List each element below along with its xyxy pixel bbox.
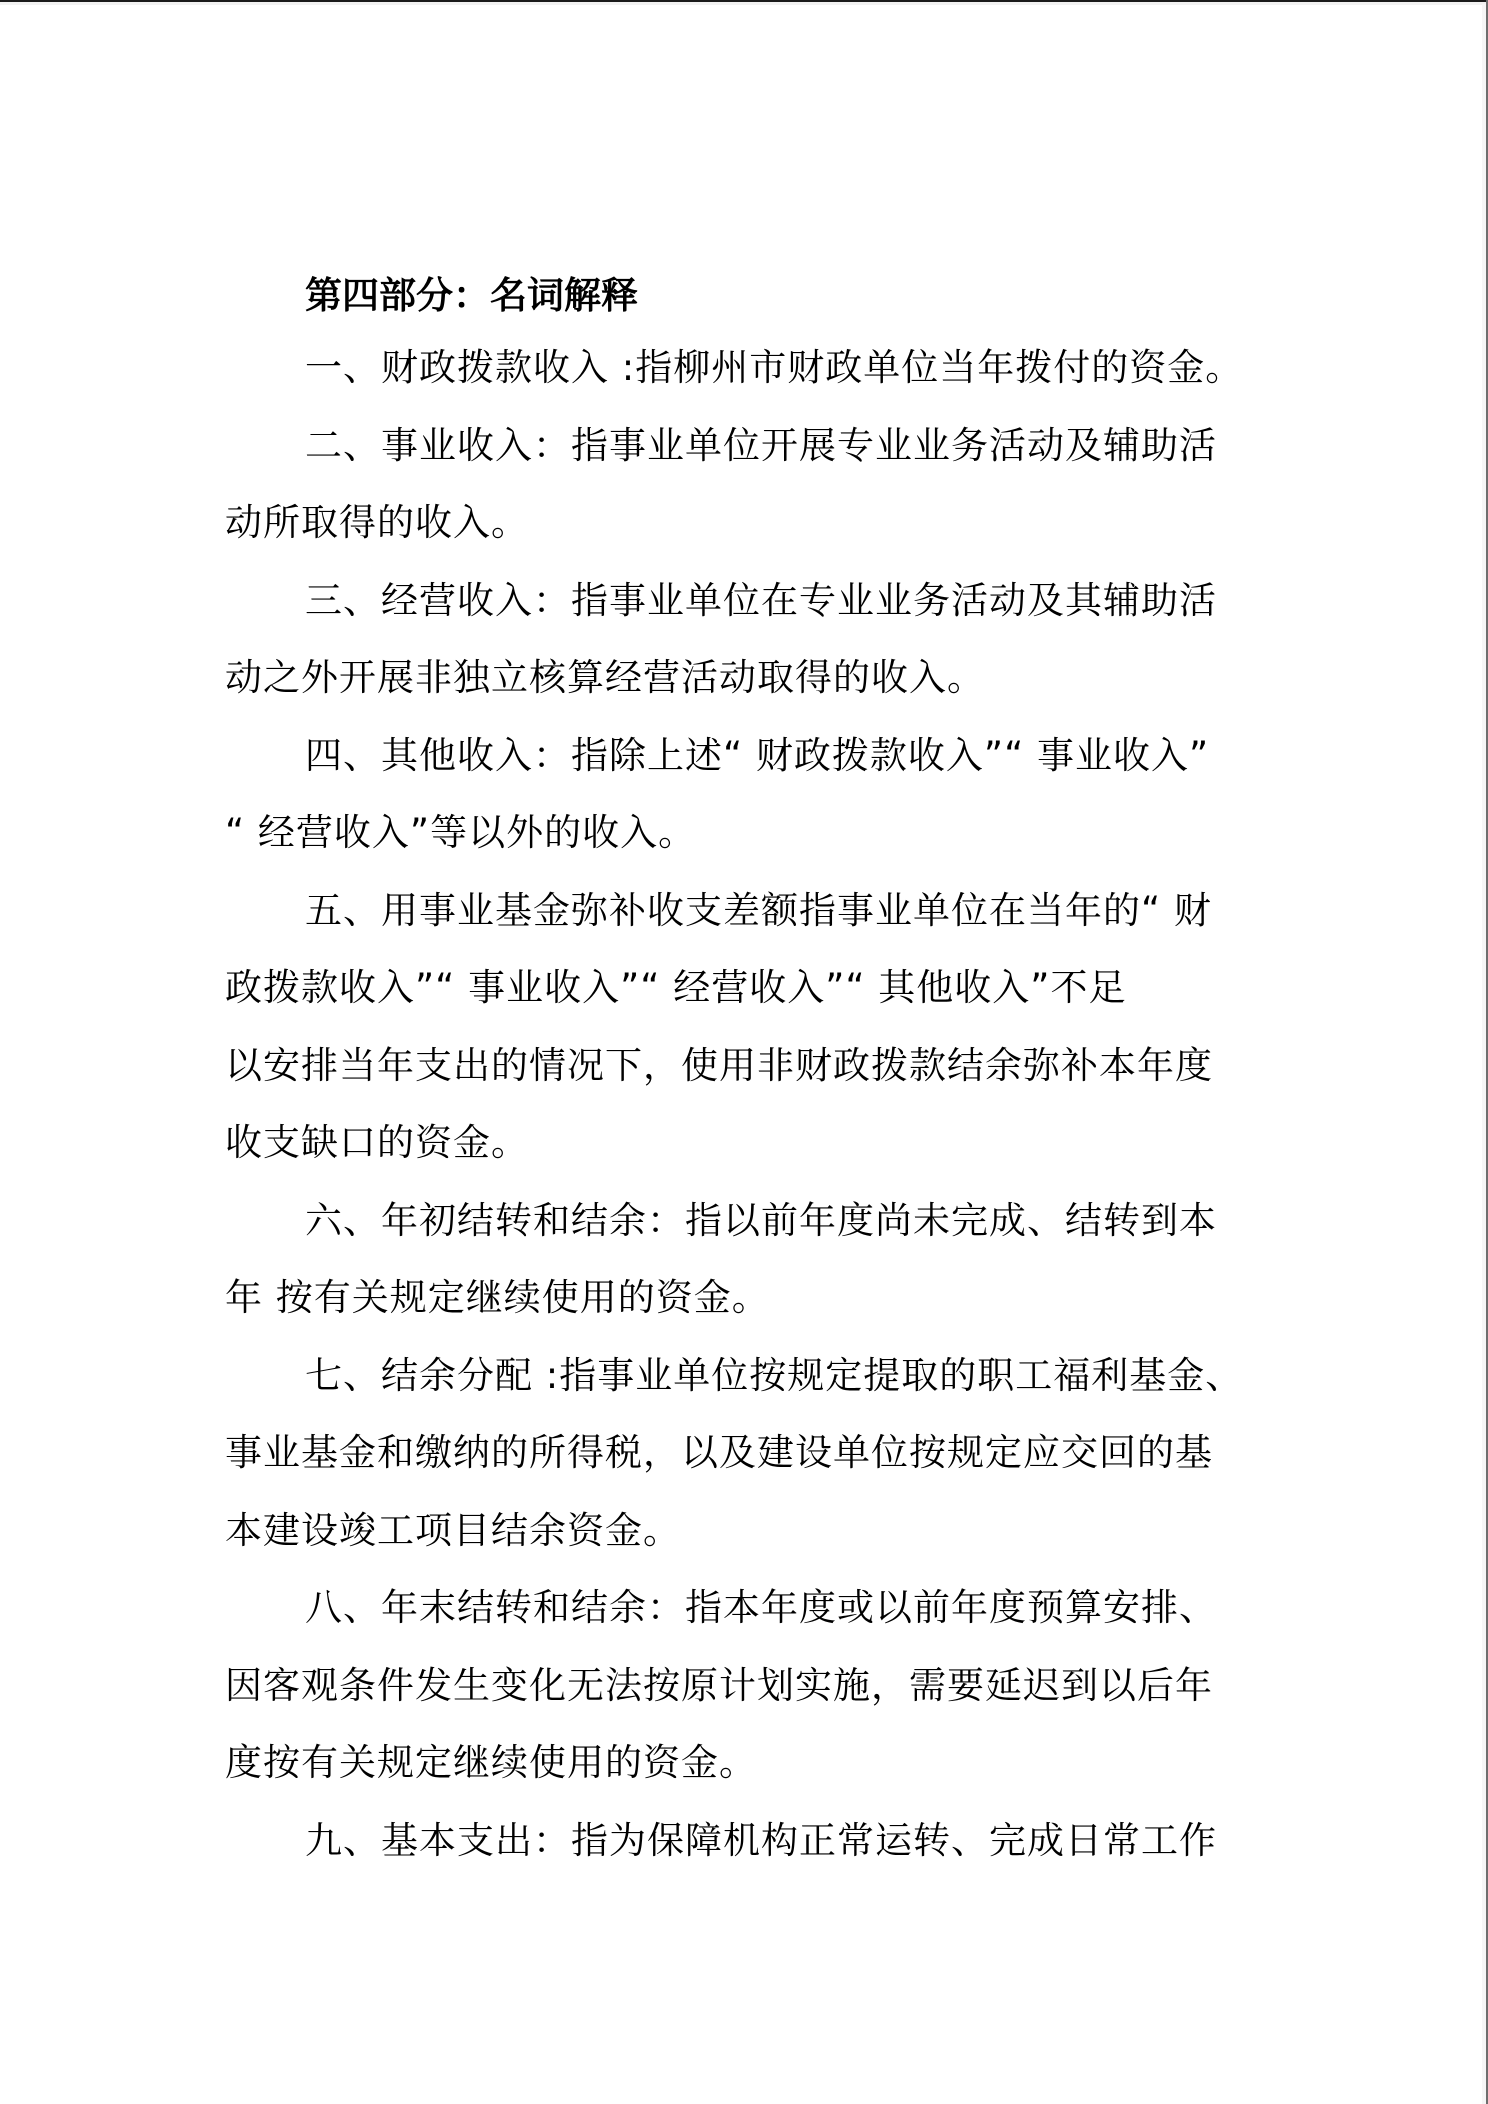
definition-paragraph-2: 二、事业收入：指事业单位开展专业业务活动及辅助活 动所取得的收入。 xyxy=(225,407,1265,562)
definition-paragraph-9: 九、基本支出：指为保障机构正常运转、完成日常工作 xyxy=(225,1802,1265,1880)
definition-paragraph-3: 三、经营收入：指事业单位在专业业务活动及其辅助活 动之外开展非独立核算经营活动取… xyxy=(225,562,1265,717)
definition-paragraph-7: 七、结余分配 :指事业单位按规定提取的职工福利基金、 事业基金和缴纳的所得税，以… xyxy=(225,1337,1265,1570)
paragraph-line: 三、经营收入：指事业单位在专业业务活动及其辅助活 xyxy=(225,562,1265,640)
paragraph-line: 动所取得的收入。 xyxy=(225,484,1265,562)
paragraph-line: 收支缺口的资金。 xyxy=(225,1104,1265,1182)
paragraph-line: 政拨款收入”“ 事业收入”“ 经营收入”“ 其他收入”不足 xyxy=(225,949,1265,1027)
paragraph-line: 九、基本支出：指为保障机构正常运转、完成日常工作 xyxy=(225,1802,1265,1880)
paragraph-line: 年 按有关规定继续使用的资金。 xyxy=(225,1259,1265,1337)
paragraph-line: 七、结余分配 :指事业单位按规定提取的职工福利基金、 xyxy=(225,1337,1265,1415)
definition-paragraph-5: 五、用事业基金弥补收支差额指事业单位在当年的“ 财 政拨款收入”“ 事业收入”“… xyxy=(225,872,1265,1182)
paragraph-line: 事业基金和缴纳的所得税，以及建设单位按规定应交回的基 xyxy=(225,1414,1265,1492)
paragraph-line: 四、其他收入：指除上述“ 财政拨款收入”“ 事业收入” xyxy=(225,717,1265,795)
paragraph-line: 度按有关规定继续使用的资金。 xyxy=(225,1724,1265,1802)
paragraph-line: 动之外开展非独立核算经营活动取得的收入。 xyxy=(225,639,1265,717)
paragraph-line: 一、财政拨款收入 :指柳州市财政单位当年拨付的资金。 xyxy=(225,329,1265,407)
paragraph-line: 五、用事业基金弥补收支差额指事业单位在当年的“ 财 xyxy=(225,872,1265,950)
definition-paragraph-1: 一、财政拨款收入 :指柳州市财政单位当年拨付的资金。 xyxy=(225,329,1265,407)
paragraph-line: 二、事业收入：指事业单位开展专业业务活动及辅助活 xyxy=(225,407,1265,485)
section-heading: 第四部分：名词解释 xyxy=(225,266,1265,326)
paragraph-line: 六、年初结转和结余：指以前年度尚未完成、结转到本 xyxy=(225,1182,1265,1260)
definition-paragraph-4: 四、其他收入：指除上述“ 财政拨款收入”“ 事业收入” “ 经营收入”等以外的收… xyxy=(225,717,1265,872)
paragraph-line: 本建设竣工项目结余资金。 xyxy=(225,1492,1265,1570)
paragraph-line: “ 经营收入”等以外的收入。 xyxy=(225,794,1265,872)
paragraph-line: 因客观条件发生变化无法按原计划实施，需要延迟到以后年 xyxy=(225,1647,1265,1725)
document-page: 第四部分：名词解释 一、财政拨款收入 :指柳州市财政单位当年拨付的资金。 二、事… xyxy=(225,266,1265,1879)
paragraph-line: 以安排当年支出的情况下，使用非财政拨款结余弥补本年度 xyxy=(225,1027,1265,1105)
definition-paragraph-6: 六、年初结转和结余：指以前年度尚未完成、结转到本 年 按有关规定继续使用的资金。 xyxy=(225,1182,1265,1337)
page-right-border-shadow xyxy=(1482,4,1486,2104)
page-top-border-shadow xyxy=(0,2,1488,5)
definition-paragraph-8: 八、年末结转和结余：指本年度或以前年度预算安排、 因客观条件发生变化无法按原计划… xyxy=(225,1569,1265,1802)
paragraph-line: 八、年末结转和结余：指本年度或以前年度预算安排、 xyxy=(225,1569,1265,1647)
